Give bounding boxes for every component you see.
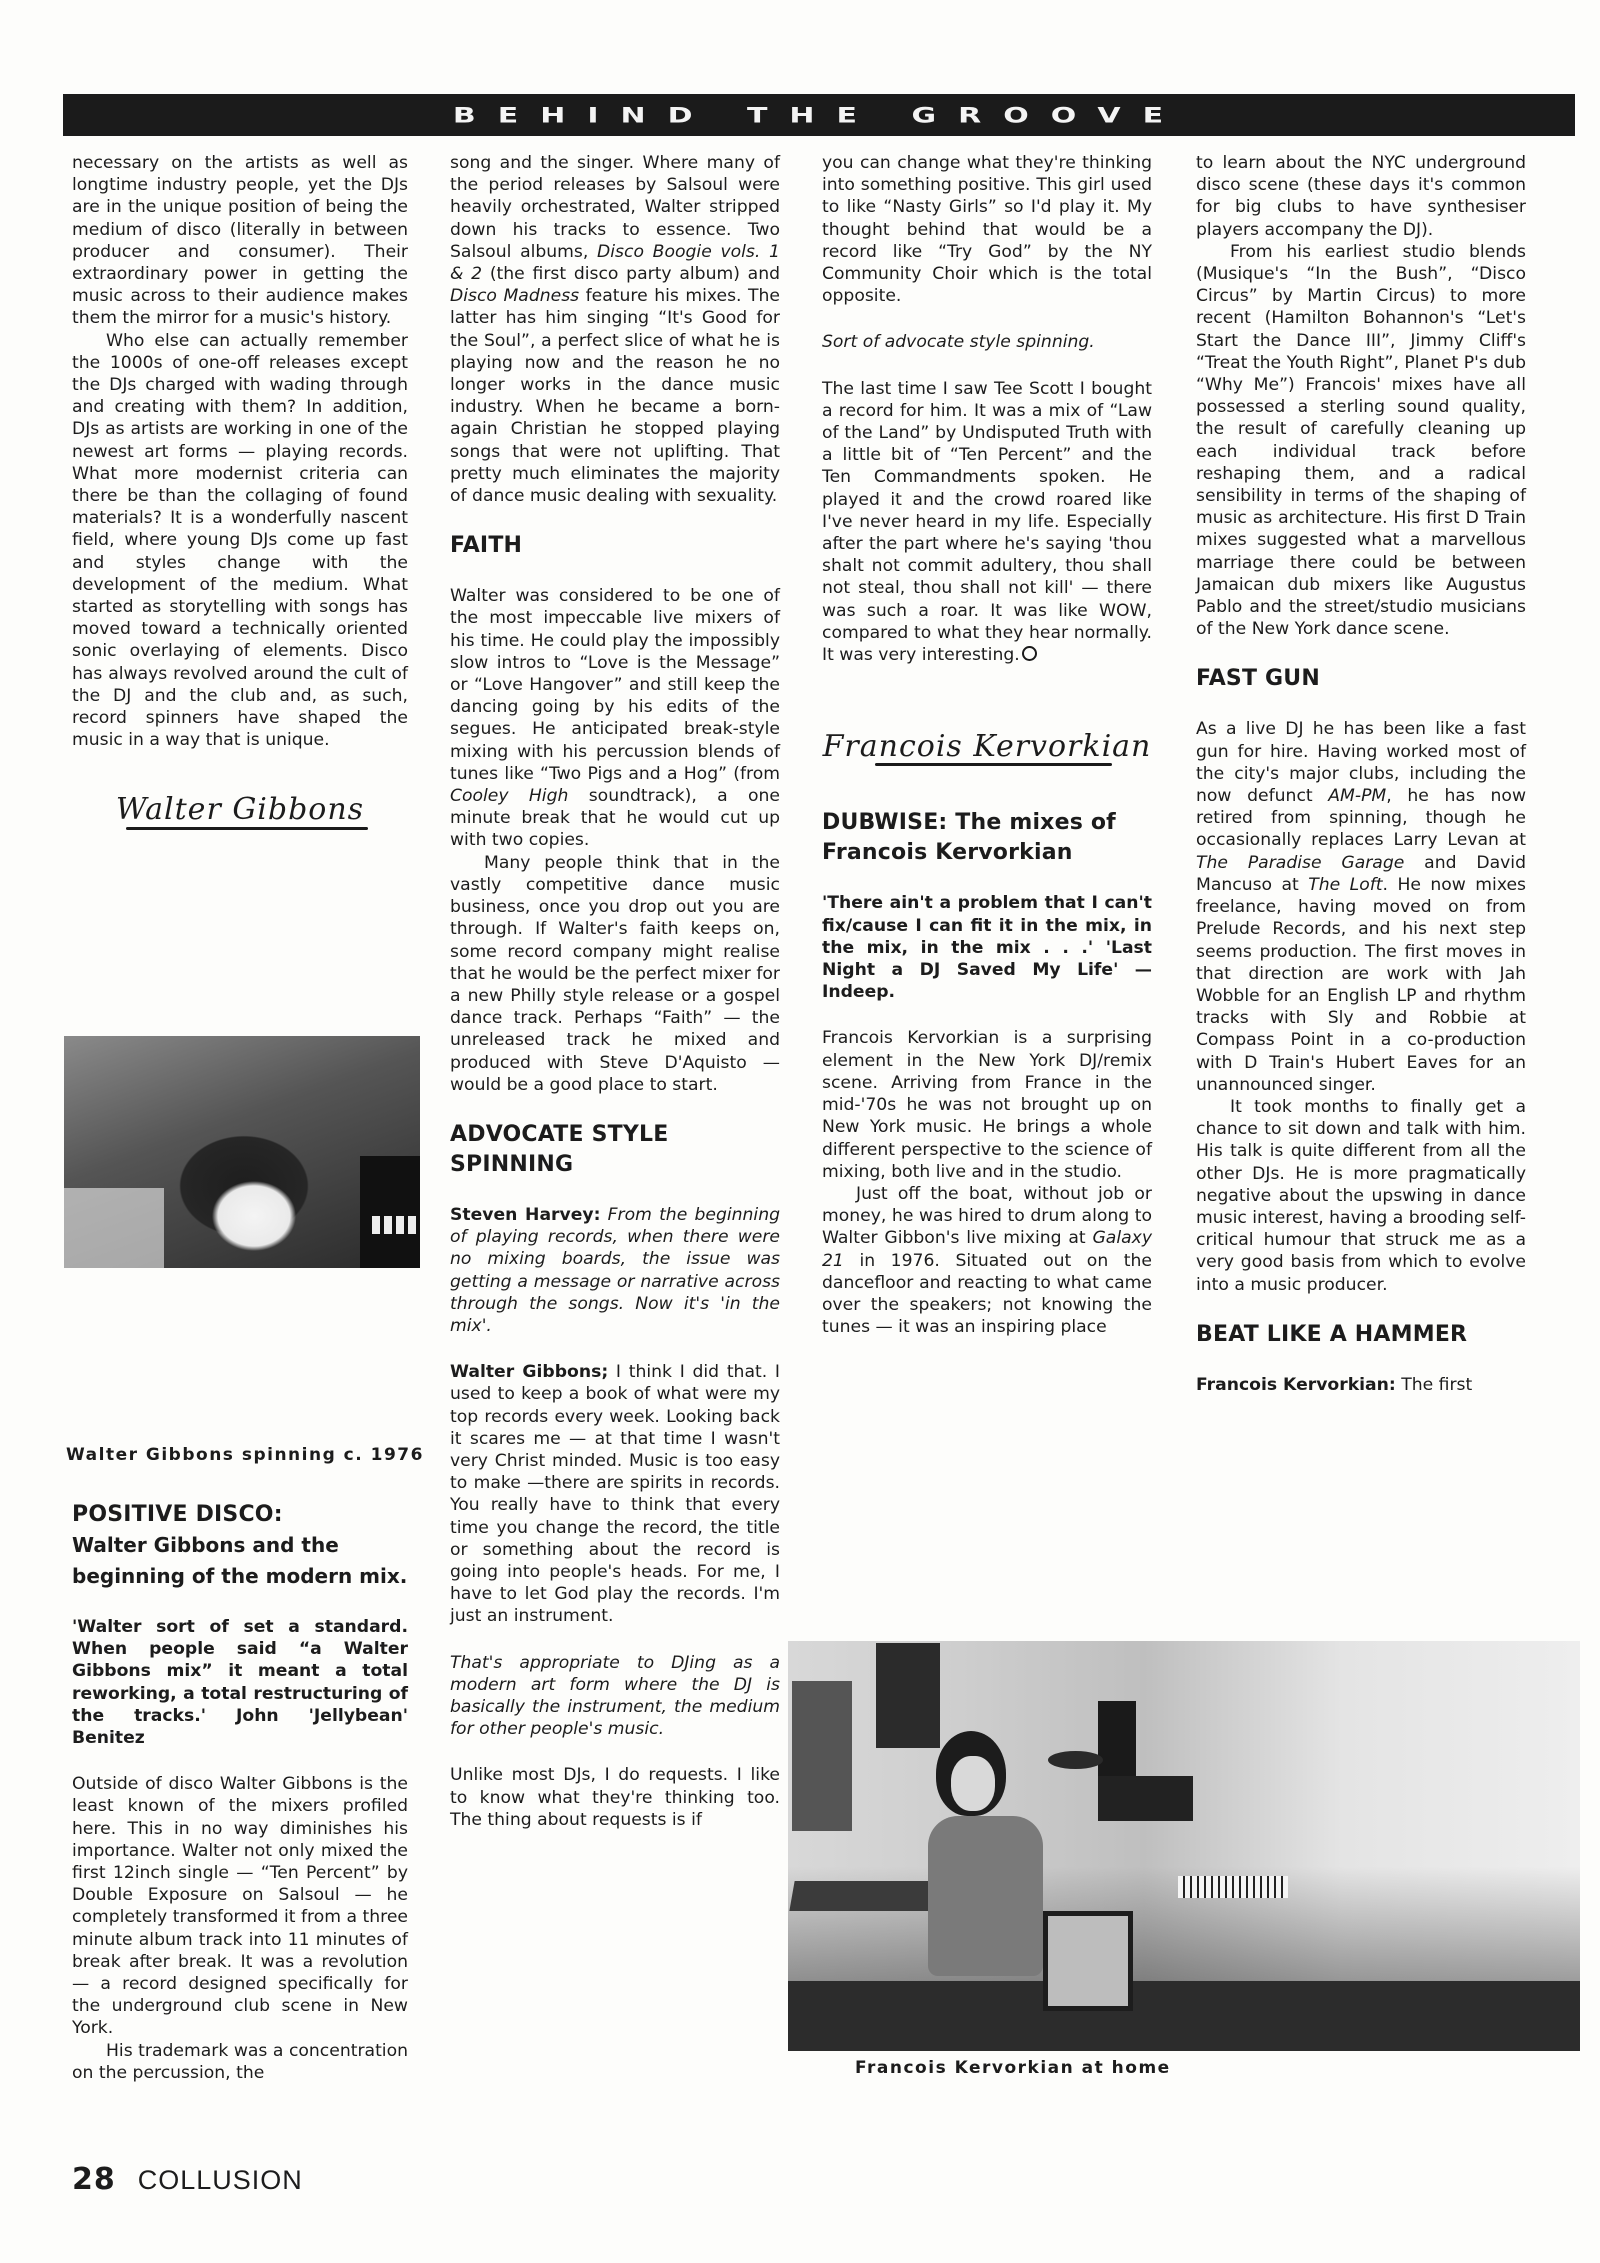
interview-answer: Walter Gibbons; I think I did that. I us… <box>450 1361 780 1627</box>
section-heading-advocate: ADVOCATE STYLE SPINNING <box>450 1120 780 1180</box>
body-paragraph: Who else can actually remember the 1000s… <box>72 330 408 752</box>
interview-answer: Unlike most DJs, I do requests. I like t… <box>450 1764 780 1831</box>
wall-poster <box>876 1643 940 1748</box>
pull-quote: 'There ain't a problem that I can't fix/… <box>822 892 1152 1003</box>
keyboard <box>1178 1876 1288 1898</box>
body-paragraph: As a live DJ he has been like a fast gun… <box>1196 718 1526 1095</box>
column-2: song and the singer. Where many of the p… <box>450 152 780 1831</box>
article-heading: POSITIVE DISCO: <box>72 1500 408 1530</box>
photo-walter-gibbons <box>64 1036 420 1268</box>
speaker-cabinet <box>1098 1701 1136 1776</box>
column-3: you can change what they're thinking int… <box>822 152 1152 1338</box>
body-paragraph: Many people think that in the vastly com… <box>450 852 780 1096</box>
floor <box>788 1981 1580 2051</box>
person-face <box>951 1756 995 1811</box>
column-1: necessary on the artists as well as long… <box>72 152 408 832</box>
body-paragraph: Just off the boat, without job or money,… <box>822 1183 1152 1338</box>
section-heading-beat-like-a-hammer: BEAT LIKE A HAMMER <box>1196 1320 1526 1350</box>
interview-question: Steven Harvey: From the beginning of pla… <box>450 1204 780 1337</box>
signature-francois-kervorkian: Francois Kervorkian <box>822 736 1152 768</box>
page-number: 28 <box>72 2162 116 2197</box>
photo-francois-kervorkian <box>788 1641 1580 2051</box>
interview-answer: The last time I saw Tee Scott I bought a… <box>822 378 1152 667</box>
body-paragraph: necessary on the artists as well as long… <box>72 152 408 330</box>
body-paragraph: His trademark was a concentration on the… <box>72 2040 408 2084</box>
pull-quote: 'Walter sort of set a standard. When peo… <box>72 1616 408 1749</box>
article-heading: DUBWISE: The mixes of Francois Kervorkia… <box>822 808 1152 868</box>
photo-caption-francois: Francois Kervorkian at home <box>855 2058 1171 2078</box>
person-body <box>928 1816 1043 1976</box>
body-paragraph: to learn about the NYC underground disco… <box>1196 152 1526 241</box>
banner-title: BEHIND THE GROOVE <box>453 102 1185 127</box>
interview-answer: you can change what they're thinking int… <box>822 152 1152 307</box>
section-heading-faith: FAITH <box>450 531 780 561</box>
photo-highlight <box>64 1188 164 1268</box>
body-paragraph: Francois Kervorkian is a surprising elem… <box>822 1027 1152 1182</box>
interview-question: Sort of advocate style spinning. <box>822 331 1152 353</box>
page-footer: 28 COLLUSION <box>72 2162 303 2197</box>
body-paragraph: It took months to finally get a chance t… <box>1196 1096 1526 1296</box>
guitar-amplifier <box>1043 1911 1133 2011</box>
cymbal <box>1048 1751 1103 1769</box>
section-banner: BEHIND THE GROOVE <box>63 94 1575 136</box>
column-1-lower: POSITIVE DISCO: Walter Gibbons and the b… <box>72 1500 408 2084</box>
body-paragraph: Walter was considered to be one of the m… <box>450 585 780 851</box>
article-subheading: Walter Gibbons and the beginning of the … <box>72 1530 408 1592</box>
notice-board <box>792 1681 852 1831</box>
end-of-article-mark-icon <box>1022 646 1037 661</box>
column-4: to learn about the NYC underground disco… <box>1196 152 1526 1396</box>
body-paragraph: Outside of disco Walter Gibbons is the l… <box>72 1773 408 2039</box>
section-heading-fast-gun: FAST GUN <box>1196 664 1526 694</box>
desk <box>789 1881 934 1911</box>
interview-answer: Francois Kervorkian: The first <box>1196 1374 1526 1396</box>
interview-question: That's appropriate to DJing as a modern … <box>450 1652 780 1741</box>
photo-caption-walter: Walter Gibbons spinning c. 1976 <box>66 1445 424 1465</box>
signature-walter-gibbons: Walter Gibbons <box>72 799 408 831</box>
amplifier-head <box>1098 1776 1193 1821</box>
body-paragraph: song and the singer. Where many of the p… <box>450 152 780 507</box>
turntable-deck <box>360 1156 420 1268</box>
body-paragraph: From his earliest studio blends (Musique… <box>1196 241 1526 641</box>
magazine-name: COLLUSION <box>138 2165 303 2196</box>
